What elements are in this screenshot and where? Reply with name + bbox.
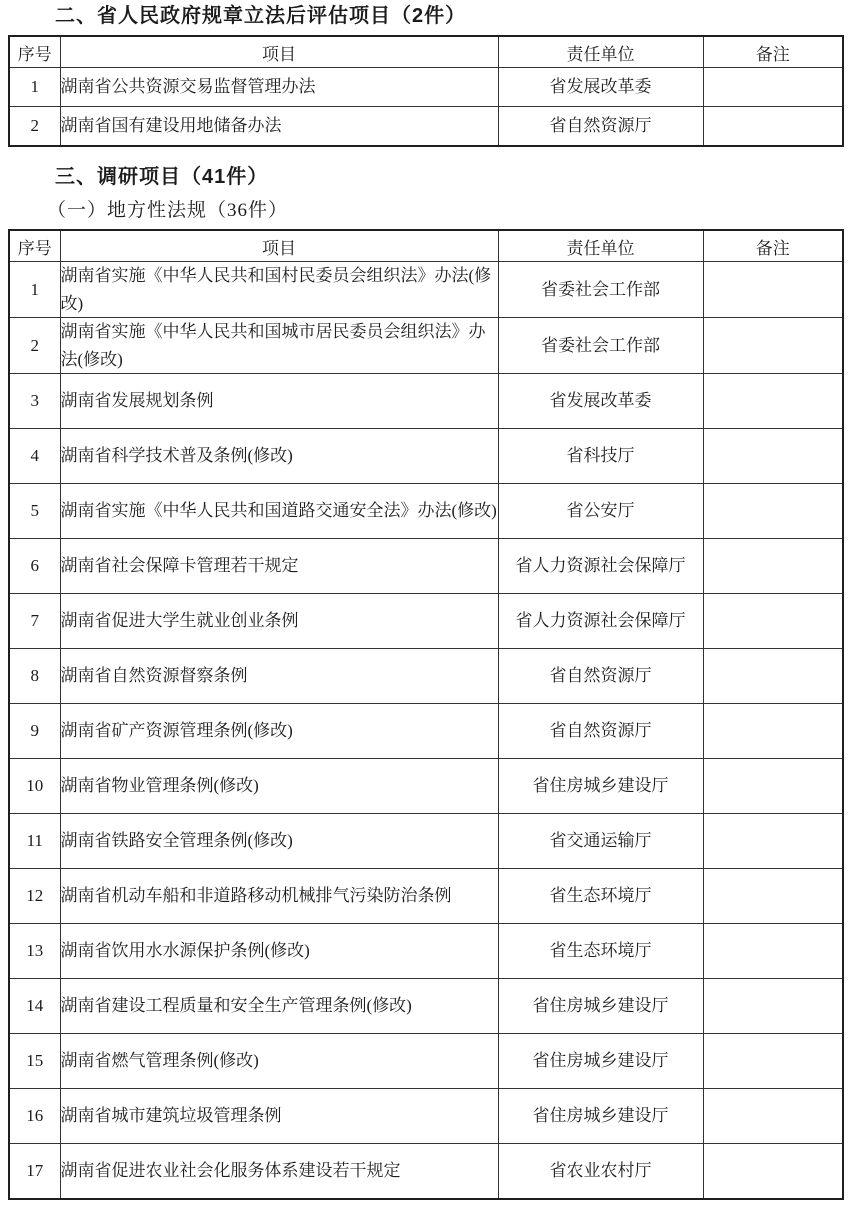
section-heading-evaluation: 二、省人民政府规章立法后评估项目（2件） [0, 0, 850, 28]
project-name: 湖南省国有建设用地储备办法 [60, 107, 498, 147]
responsible-unit: 省生态环境厅 [498, 869, 703, 924]
row-number: 3 [9, 374, 60, 429]
row-number: 1 [9, 262, 60, 318]
note-cell [703, 374, 843, 429]
responsible-unit: 省委社会工作部 [498, 262, 703, 318]
table-row: 3 湖南省发展规划条例 省发展改革委 [9, 374, 843, 429]
responsible-unit: 省住房城乡建设厅 [498, 1034, 703, 1089]
row-number: 11 [9, 814, 60, 869]
table-row: 17 湖南省促进农业社会化服务体系建设若干规定 省农业农村厅 [9, 1144, 843, 1200]
responsible-unit: 省人力资源社会保障厅 [498, 539, 703, 594]
project-name: 湖南省饮用水水源保护条例(修改) [60, 924, 498, 979]
responsible-unit: 省住房城乡建设厅 [498, 759, 703, 814]
responsible-unit: 省交通运输厅 [498, 814, 703, 869]
row-number: 2 [9, 107, 60, 147]
project-name: 湖南省建设工程质量和安全生产管理条例(修改) [60, 979, 498, 1034]
note-cell [703, 814, 843, 869]
table-row: 6 湖南省社会保障卡管理若干规定 省人力资源社会保障厅 [9, 539, 843, 594]
responsible-unit: 省公安厅 [498, 484, 703, 539]
responsible-unit: 省自然资源厅 [498, 649, 703, 704]
table-row: 1 湖南省公共资源交易监督管理办法 省发展改革委 [9, 68, 843, 107]
note-cell [703, 1034, 843, 1089]
note-cell [703, 1144, 843, 1200]
table-row: 4 湖南省科学技术普及条例(修改) 省科技厅 [9, 429, 843, 484]
table-row: 13 湖南省饮用水水源保护条例(修改) 省生态环境厅 [9, 924, 843, 979]
responsible-unit: 省人力资源社会保障厅 [498, 594, 703, 649]
column-header-unit: 责任单位 [498, 36, 703, 68]
column-header-no: 序号 [9, 36, 60, 68]
project-name: 湖南省实施《中华人民共和国城市居民委员会组织法》办法(修改) [60, 318, 498, 374]
column-header-note: 备注 [703, 36, 843, 68]
table-header-row: 序号 项目 责任单位 备注 [9, 230, 843, 262]
section-heading-research: 三、调研项目（41件） [0, 147, 850, 189]
subsection-heading-local-regulations: （一）地方性法规（36件） [0, 189, 850, 222]
row-number: 1 [9, 68, 60, 107]
row-number: 9 [9, 704, 60, 759]
responsible-unit: 省生态环境厅 [498, 924, 703, 979]
responsible-unit: 省自然资源厅 [498, 704, 703, 759]
project-name: 湖南省机动车船和非道路移动机械排气污染防治条例 [60, 869, 498, 924]
row-number: 13 [9, 924, 60, 979]
row-number: 17 [9, 1144, 60, 1200]
column-header-unit: 责任单位 [498, 230, 703, 262]
note-cell [703, 429, 843, 484]
row-number: 7 [9, 594, 60, 649]
note-cell [703, 759, 843, 814]
project-name: 湖南省促进农业社会化服务体系建设若干规定 [60, 1144, 498, 1200]
project-name: 湖南省实施《中华人民共和国村民委员会组织法》办法(修改) [60, 262, 498, 318]
table-row: 5 湖南省实施《中华人民共和国道路交通安全法》办法(修改) 省公安厅 [9, 484, 843, 539]
project-name: 湖南省矿产资源管理条例(修改) [60, 704, 498, 759]
project-name: 湖南省促进大学生就业创业条例 [60, 594, 498, 649]
row-number: 16 [9, 1089, 60, 1144]
responsible-unit: 省农业农村厅 [498, 1144, 703, 1200]
note-cell [703, 704, 843, 759]
project-name: 湖南省实施《中华人民共和国道路交通安全法》办法(修改) [60, 484, 498, 539]
evaluation-table-body: 1 湖南省公共资源交易监督管理办法 省发展改革委 2 湖南省国有建设用地储备办法… [9, 68, 843, 147]
note-cell [703, 1089, 843, 1144]
responsible-unit: 省自然资源厅 [498, 107, 703, 147]
table-row: 2 湖南省实施《中华人民共和国城市居民委员会组织法》办法(修改) 省委社会工作部 [9, 318, 843, 374]
table-row: 15 湖南省燃气管理条例(修改) 省住房城乡建设厅 [9, 1034, 843, 1089]
project-name: 湖南省燃气管理条例(修改) [60, 1034, 498, 1089]
note-cell [703, 539, 843, 594]
note-cell [703, 594, 843, 649]
responsible-unit: 省委社会工作部 [498, 318, 703, 374]
row-number: 12 [9, 869, 60, 924]
column-header-note: 备注 [703, 230, 843, 262]
project-name: 湖南省科学技术普及条例(修改) [60, 429, 498, 484]
evaluation-projects-table: 序号 项目 责任单位 备注 1 湖南省公共资源交易监督管理办法 省发展改革委 2… [8, 35, 844, 147]
responsible-unit: 省发展改革委 [498, 374, 703, 429]
table-row: 1 湖南省实施《中华人民共和国村民委员会组织法》办法(修改) 省委社会工作部 [9, 262, 843, 318]
project-name: 湖南省城市建筑垃圾管理条例 [60, 1089, 498, 1144]
project-name: 湖南省物业管理条例(修改) [60, 759, 498, 814]
table-row: 10 湖南省物业管理条例(修改) 省住房城乡建设厅 [9, 759, 843, 814]
research-projects-table: 序号 项目 责任单位 备注 1 湖南省实施《中华人民共和国村民委员会组织法》办法… [8, 229, 844, 1200]
column-header-project: 项目 [60, 230, 498, 262]
column-header-no: 序号 [9, 230, 60, 262]
note-cell [703, 924, 843, 979]
responsible-unit: 省科技厅 [498, 429, 703, 484]
responsible-unit: 省住房城乡建设厅 [498, 979, 703, 1034]
table-row: 7 湖南省促进大学生就业创业条例 省人力资源社会保障厅 [9, 594, 843, 649]
research-table-body: 1 湖南省实施《中华人民共和国村民委员会组织法》办法(修改) 省委社会工作部 2… [9, 262, 843, 1200]
document-page: 二、省人民政府规章立法后评估项目（2件） 序号 项目 责任单位 备注 1 湖南省… [0, 0, 850, 1219]
project-name: 湖南省铁路安全管理条例(修改) [60, 814, 498, 869]
row-number: 14 [9, 979, 60, 1034]
row-number: 2 [9, 318, 60, 374]
note-cell [703, 484, 843, 539]
table-row: 11 湖南省铁路安全管理条例(修改) 省交通运输厅 [9, 814, 843, 869]
project-name: 湖南省自然资源督察条例 [60, 649, 498, 704]
column-header-project: 项目 [60, 36, 498, 68]
row-number: 15 [9, 1034, 60, 1089]
table-header-row: 序号 项目 责任单位 备注 [9, 36, 843, 68]
row-number: 8 [9, 649, 60, 704]
row-number: 5 [9, 484, 60, 539]
responsible-unit: 省发展改革委 [498, 68, 703, 107]
responsible-unit: 省住房城乡建设厅 [498, 1089, 703, 1144]
project-name: 湖南省社会保障卡管理若干规定 [60, 539, 498, 594]
project-name: 湖南省公共资源交易监督管理办法 [60, 68, 498, 107]
row-number: 6 [9, 539, 60, 594]
note-cell [703, 68, 843, 107]
note-cell [703, 979, 843, 1034]
table-row: 14 湖南省建设工程质量和安全生产管理条例(修改) 省住房城乡建设厅 [9, 979, 843, 1034]
note-cell [703, 318, 843, 374]
row-number: 10 [9, 759, 60, 814]
note-cell [703, 262, 843, 318]
project-name: 湖南省发展规划条例 [60, 374, 498, 429]
row-number: 4 [9, 429, 60, 484]
note-cell [703, 107, 843, 147]
note-cell [703, 649, 843, 704]
table-row: 2 湖南省国有建设用地储备办法 省自然资源厅 [9, 107, 843, 147]
table-row: 9 湖南省矿产资源管理条例(修改) 省自然资源厅 [9, 704, 843, 759]
table-row: 12 湖南省机动车船和非道路移动机械排气污染防治条例 省生态环境厅 [9, 869, 843, 924]
table-row: 16 湖南省城市建筑垃圾管理条例 省住房城乡建设厅 [9, 1089, 843, 1144]
table-row: 8 湖南省自然资源督察条例 省自然资源厅 [9, 649, 843, 704]
note-cell [703, 869, 843, 924]
